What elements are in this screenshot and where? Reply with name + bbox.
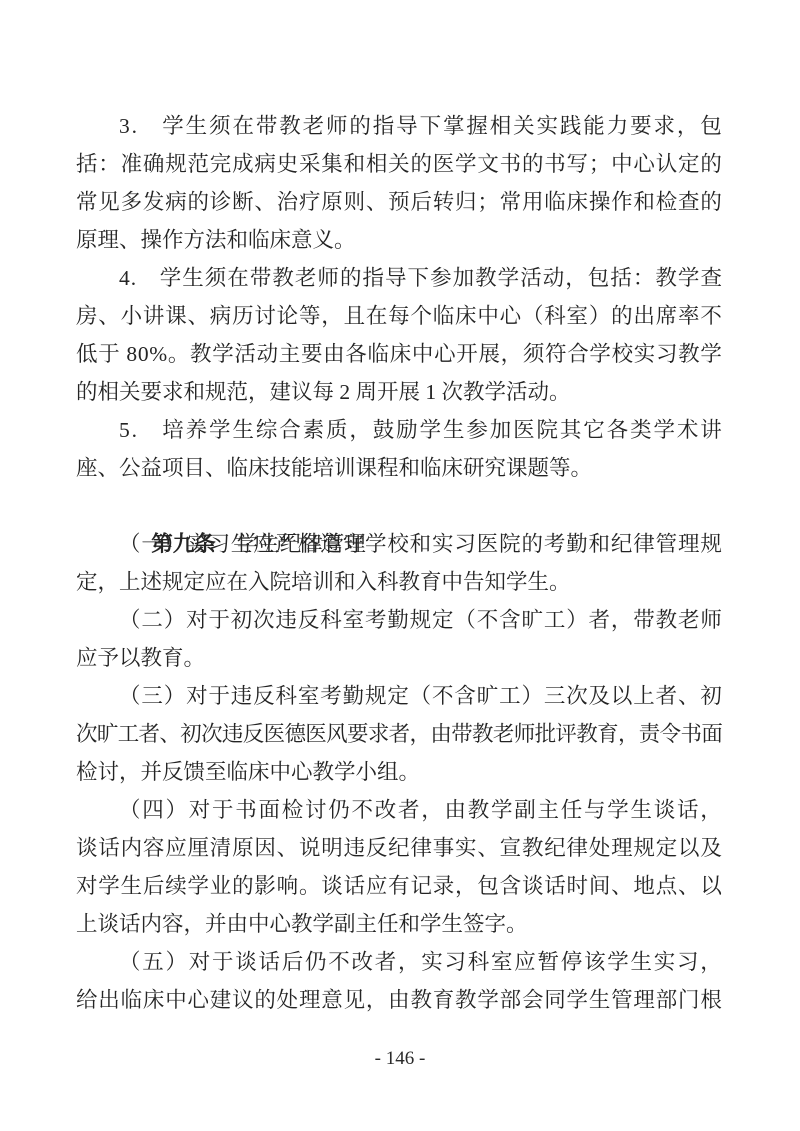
text-line: 给出临床中心建议的处理意见，由教育教学部会同学生管理部门根 — [76, 981, 722, 1019]
document-page: 3. 学生须在带教老师的指导下掌握相关实践能力要求，包 括：准确规范完成病史采集… — [0, 0, 800, 1131]
text-line: （三）对于违反科室考勤规定（不含旷工）三次及以上者、初 — [76, 677, 722, 715]
text-line: 低于 80%。教学活动主要由各临床中心开展，须符合学校实习教学 — [76, 335, 722, 373]
paragraph: 3. 学生须在带教老师的指导下掌握相关实践能力要求，包 括：准确规范完成病史采集… — [76, 107, 722, 259]
paragraph: 4. 学生须在带教老师的指导下参加教学活动，包括：教学查 房、小讲课、病历讨论等… — [76, 259, 722, 411]
text-line: 上谈话内容，并由中心教学副主任和学生签字。 — [76, 905, 722, 943]
text-line: 括：准确规范完成病史采集和相关的医学文书的书写；中心认定的 — [76, 145, 722, 183]
text-line: 定，上述规定应在入院培训和入科教育中告知学生。 — [76, 563, 722, 601]
article-heading: 第九条学生纪律管理 — [76, 487, 722, 525]
paragraph: 5. 培养学生综合素质，鼓励学生参加医院其它各类学术讲 座、公益项目、临床技能培… — [76, 411, 722, 487]
text-line: （五）对于谈话后仍不改者，实习科室应暂停该学生实习， — [76, 943, 722, 981]
text-line: （一）实习生应严格遵守学校和实习医院的考勤和纪律管理规 — [76, 525, 722, 563]
text-line: 原理、操作方法和临床意义。 — [76, 221, 722, 259]
text-line: 应予以教育。 — [76, 639, 722, 677]
text-line: 次旷工者、初次违反医德医风要求者，由带教老师批评教育，责令书面 — [76, 715, 722, 753]
paragraph: （一）实习生应严格遵守学校和实习医院的考勤和纪律管理规 定，上述规定应在入院培训… — [76, 525, 722, 601]
page-body: 3. 学生须在带教老师的指导下掌握相关实践能力要求，包 括：准确规范完成病史采集… — [76, 107, 722, 1019]
paragraph: （二）对于初次违反科室考勤规定（不含旷工）者，带教老师 应予以教育。 — [76, 601, 722, 677]
text-line: 的相关要求和规范，建议每 2 周开展 1 次教学活动。 — [76, 373, 722, 411]
paragraph: （四）对于书面检讨仍不改者，由教学副主任与学生谈话， 谈话内容应厘清原因、说明违… — [76, 791, 722, 943]
text-line: 4. 学生须在带教老师的指导下参加教学活动，包括：教学查 — [76, 259, 722, 297]
text-line: 检讨，并反馈至临床中心教学小组。 — [76, 753, 722, 791]
text-line: （四）对于书面检讨仍不改者，由教学副主任与学生谈话， — [76, 791, 722, 829]
text-line: 谈话内容应厘清原因、说明违反纪律事实、宣教纪律处理规定以及 — [76, 829, 722, 867]
text-line: 3. 学生须在带教老师的指导下掌握相关实践能力要求，包 — [76, 107, 722, 145]
text-line: （二）对于初次违反科室考勤规定（不含旷工）者，带教老师 — [76, 601, 722, 639]
text-line: 房、小讲课、病历讨论等，且在每个临床中心（科室）的出席率不 — [76, 297, 722, 335]
text-line: 对学生后续学业的影响。谈话应有记录，包含谈话时间、地点、以 — [76, 867, 722, 905]
paragraph: （五）对于谈话后仍不改者，实习科室应暂停该学生实习， 给出临床中心建议的处理意见… — [76, 943, 722, 1019]
text-line: 座、公益项目、临床技能培训课程和临床研究课题等。 — [76, 449, 722, 487]
page-number: - 146 - — [0, 1048, 800, 1070]
paragraph: （三）对于违反科室考勤规定（不含旷工）三次及以上者、初 次旷工者、初次违反医德医… — [76, 677, 722, 791]
text-line: 常见多发病的诊断、治疗原则、预后转归；常用临床操作和检查的 — [76, 183, 722, 221]
text-line: 5. 培养学生综合素质，鼓励学生参加医院其它各类学术讲 — [76, 411, 722, 449]
